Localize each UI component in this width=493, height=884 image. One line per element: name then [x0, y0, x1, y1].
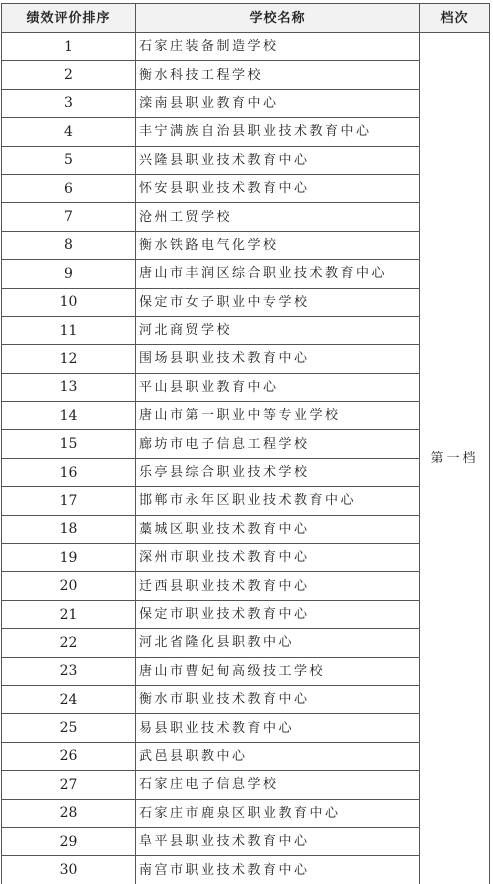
rank-cell: 7 [2, 203, 136, 231]
school-name-cell: 邯郸市永年区职业技术教育中心 [136, 487, 420, 515]
table-header-row: 绩效评价排序 学校名称 档次 [2, 4, 490, 33]
school-name-cell: 保定市职业技术教育中心 [136, 600, 420, 628]
school-name-cell: 保定市女子职业中专学校 [136, 288, 420, 316]
school-name-cell: 石家庄电子信息学校 [136, 771, 420, 799]
table-row: 25易县职业技术教育中心 [2, 714, 490, 742]
table-row: 20迁西县职业技术教育中心 [2, 572, 490, 600]
table-row: 4丰宁满族自治县职业技术教育中心 [2, 118, 490, 146]
table-row: 27石家庄电子信息学校 [2, 771, 490, 799]
school-name-cell: 围场县职业技术教育中心 [136, 345, 420, 373]
school-ranking-table: 绩效评价排序 学校名称 档次 1石家庄装备制造学校第一档2衡水科技工程学校3滦南… [1, 3, 490, 884]
table-row: 23唐山市曹妃甸高级技工学校 [2, 657, 490, 685]
table-row: 5兴隆县职业技术教育中心 [2, 146, 490, 174]
rank-cell: 25 [2, 714, 136, 742]
rank-cell: 20 [2, 572, 136, 600]
table-row: 28石家庄市鹿泉区职业教育中心 [2, 799, 490, 827]
table-row: 2衡水科技工程学校 [2, 61, 490, 89]
rank-cell: 26 [2, 742, 136, 770]
school-name-cell: 怀安县职业技术教育中心 [136, 174, 420, 202]
school-name-cell: 乐亭县综合职业技术学校 [136, 458, 420, 486]
rank-cell: 14 [2, 402, 136, 430]
table-row: 18藁城区职业技术教育中心 [2, 515, 490, 543]
table-row: 30南宫市职业技术教育中心 [2, 856, 490, 884]
table-row: 15廊坊市电子信息工程学校 [2, 430, 490, 458]
school-name-cell: 唐山市第一职业中等专业学校 [136, 402, 420, 430]
table-row: 16乐亭县综合职业技术学校 [2, 458, 490, 486]
table-row: 6怀安县职业技术教育中心 [2, 174, 490, 202]
rank-cell: 4 [2, 118, 136, 146]
school-name-cell: 石家庄装备制造学校 [136, 33, 420, 61]
table-row: 1石家庄装备制造学校第一档 [2, 33, 490, 61]
table-row: 7沧州工贸学校 [2, 203, 490, 231]
header-tier: 档次 [420, 4, 490, 33]
school-name-cell: 衡水科技工程学校 [136, 61, 420, 89]
rank-cell: 6 [2, 174, 136, 202]
school-name-cell: 衡水市职业技术教育中心 [136, 685, 420, 713]
table-row: 22河北省隆化县职教中心 [2, 629, 490, 657]
rank-cell: 9 [2, 260, 136, 288]
school-name-cell: 易县职业技术教育中心 [136, 714, 420, 742]
rank-cell: 22 [2, 629, 136, 657]
school-name-cell: 兴隆县职业技术教育中心 [136, 146, 420, 174]
header-rank: 绩效评价排序 [2, 4, 136, 33]
school-name-cell: 丰宁满族自治县职业技术教育中心 [136, 118, 420, 146]
rank-cell: 3 [2, 89, 136, 117]
school-name-cell: 唐山市曹妃甸高级技工学校 [136, 657, 420, 685]
school-name-cell: 平山县职业教育中心 [136, 373, 420, 401]
table-row: 12围场县职业技术教育中心 [2, 345, 490, 373]
school-name-cell: 武邑县职教中心 [136, 742, 420, 770]
rank-cell: 5 [2, 146, 136, 174]
school-name-cell: 衡水铁路电气化学校 [136, 231, 420, 259]
table-row: 8衡水铁路电气化学校 [2, 231, 490, 259]
school-name-cell: 石家庄市鹿泉区职业教育中心 [136, 799, 420, 827]
header-school-name: 学校名称 [136, 4, 420, 33]
school-name-cell: 藁城区职业技术教育中心 [136, 515, 420, 543]
rank-cell: 21 [2, 600, 136, 628]
table-row: 17邯郸市永年区职业技术教育中心 [2, 487, 490, 515]
rank-cell: 11 [2, 316, 136, 344]
table-row: 11河北商贸学校 [2, 316, 490, 344]
school-name-cell: 迁西县职业技术教育中心 [136, 572, 420, 600]
school-name-cell: 河北商贸学校 [136, 316, 420, 344]
table-row: 14唐山市第一职业中等专业学校 [2, 402, 490, 430]
table-row: 24衡水市职业技术教育中心 [2, 685, 490, 713]
table-row: 9唐山市丰润区综合职业技术教育中心 [2, 260, 490, 288]
rank-cell: 17 [2, 487, 136, 515]
school-name-cell: 廊坊市电子信息工程学校 [136, 430, 420, 458]
school-name-cell: 深州市职业技术教育中心 [136, 544, 420, 572]
rank-cell: 23 [2, 657, 136, 685]
rank-cell: 19 [2, 544, 136, 572]
rank-cell: 12 [2, 345, 136, 373]
table-body: 1石家庄装备制造学校第一档2衡水科技工程学校3滦南县职业教育中心4丰宁满族自治县… [2, 33, 490, 884]
table-row: 26武邑县职教中心 [2, 742, 490, 770]
rank-cell: 15 [2, 430, 136, 458]
school-name-cell: 沧州工贸学校 [136, 203, 420, 231]
rank-cell: 24 [2, 685, 136, 713]
rank-cell: 8 [2, 231, 136, 259]
rank-cell: 18 [2, 515, 136, 543]
table-row: 19深州市职业技术教育中心 [2, 544, 490, 572]
school-name-cell: 河北省隆化县职教中心 [136, 629, 420, 657]
tier-cell: 第一档 [420, 33, 490, 884]
school-name-cell: 唐山市丰润区综合职业技术教育中心 [136, 260, 420, 288]
table-row: 3滦南县职业教育中心 [2, 89, 490, 117]
rank-cell: 28 [2, 799, 136, 827]
rank-cell: 29 [2, 827, 136, 855]
table-row: 21保定市职业技术教育中心 [2, 600, 490, 628]
rank-cell: 27 [2, 771, 136, 799]
rank-cell: 13 [2, 373, 136, 401]
table-row: 13平山县职业教育中心 [2, 373, 490, 401]
table-row: 29阜平县职业技术教育中心 [2, 827, 490, 855]
table-row: 10保定市女子职业中专学校 [2, 288, 490, 316]
rank-cell: 30 [2, 856, 136, 884]
rank-cell: 2 [2, 61, 136, 89]
rank-cell: 10 [2, 288, 136, 316]
school-name-cell: 阜平县职业技术教育中心 [136, 827, 420, 855]
school-name-cell: 南宫市职业技术教育中心 [136, 856, 420, 884]
rank-cell: 1 [2, 33, 136, 61]
rank-cell: 16 [2, 458, 136, 486]
school-name-cell: 滦南县职业教育中心 [136, 89, 420, 117]
